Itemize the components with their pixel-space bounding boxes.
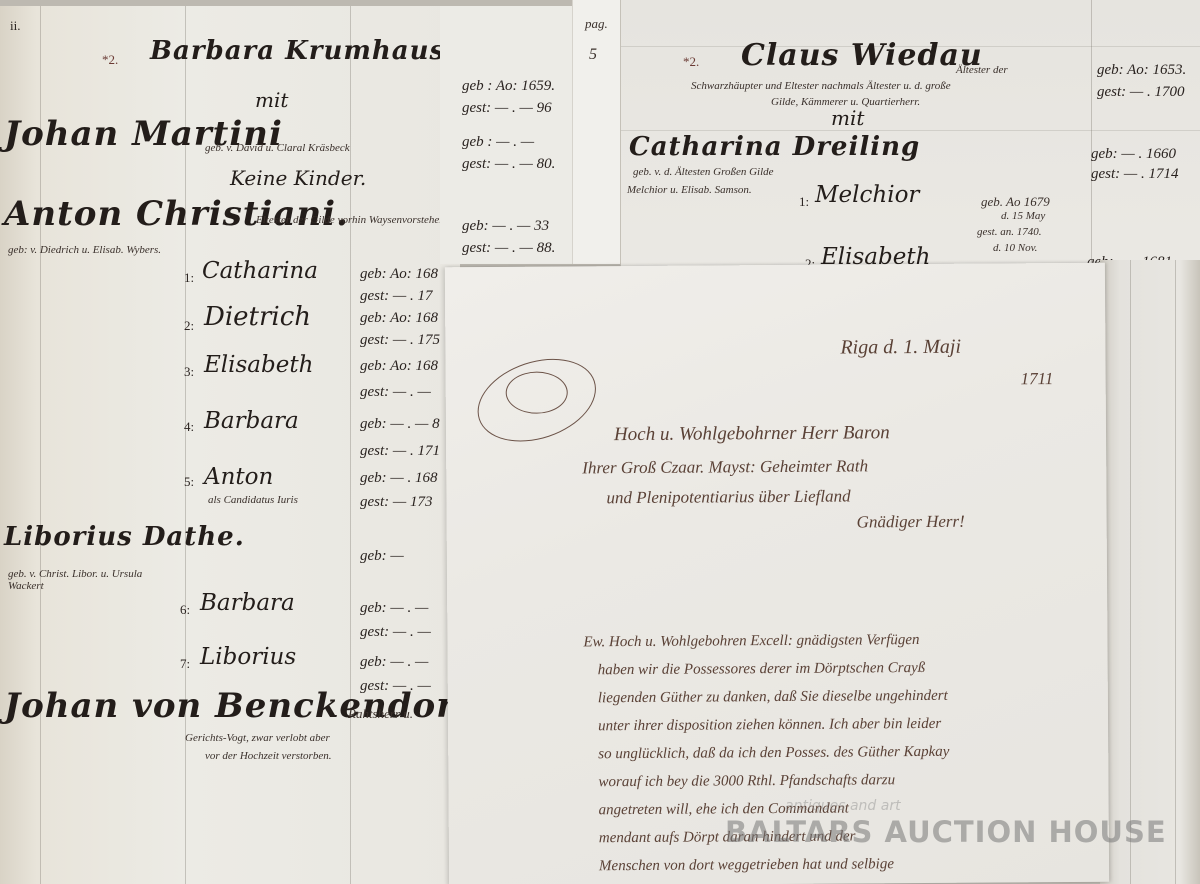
child-name: Liborius — [200, 644, 296, 670]
date-line: geb: — . 168 — [360, 470, 438, 487]
date-line: geb : — . — — [462, 134, 534, 151]
child-number: 5: — [184, 474, 194, 490]
date-line: geb: Ao: 168 — [360, 266, 438, 283]
right-register-page: *2. Claus Wiedau Ältester der Schwarzhäu… — [620, 0, 1200, 300]
row-rule — [621, 130, 1200, 131]
date-line: gest: — . 1700 — [1097, 84, 1185, 101]
date-line: geb: — . — — [360, 654, 428, 671]
date-line: gest: — . 175 — [360, 332, 440, 349]
fiance-note-line: vor der Hochzeit verstorben. — [205, 750, 331, 762]
overlaid-letter: Riga d. 1. Maji 1711 Hoch u. Wohlgebohrn… — [445, 263, 1109, 884]
mit-label: mit — [831, 106, 864, 130]
child-name: Dietrich — [204, 302, 311, 332]
date-line: d. 10 Nov. — [993, 242, 1037, 254]
child-name: Barbara — [204, 408, 299, 434]
column-rule — [1175, 260, 1176, 884]
right-page-margin — [1100, 260, 1200, 884]
occupation-note: Ältester der — [956, 64, 1008, 76]
occupation-note: Schwarzhäupter und Eltester nachmals Ält… — [691, 80, 951, 92]
fiance-name-johan-von-benckendorff: Johan von Benckendorff, — [4, 686, 498, 726]
date-line: geb: Ao: 168 — [360, 310, 438, 327]
pag-label: pag. — [585, 16, 608, 32]
date-line: geb: — . — 33 — [462, 218, 549, 235]
child-number: 1: — [799, 194, 809, 210]
child-name: Melchior — [815, 182, 919, 208]
child-name: Anton — [204, 464, 273, 490]
body-line: Menschen von dort weggetrieben hat und s… — [599, 856, 894, 875]
body-line: so unglücklich, daß da ich den Posses. d… — [598, 744, 949, 763]
date-line: gest: — . — — [360, 624, 431, 641]
date-line: geb: Ao: 1653. — [1097, 62, 1186, 79]
column-rule — [1130, 260, 1131, 884]
child-name: Elisabeth — [204, 352, 313, 378]
date-line: gest. an. 1740. — [977, 226, 1041, 238]
body-line: Ew. Hoch u. Wohlgebohren Excell: gnädigs… — [583, 632, 919, 651]
child-note: als Candidatus Iuris — [208, 494, 298, 506]
salutation-line: und Plenipotentiarius über Liefland — [606, 486, 850, 508]
page-number-strip: pag. 5 — [572, 0, 620, 264]
watermark-tagline: antiques and art — [785, 798, 901, 814]
wife-parents-note: Melchior u. Elisab. Samson. — [627, 184, 752, 196]
date-line: geb: Ao: 168 — [360, 358, 438, 375]
entry-marker: *2. — [683, 54, 699, 70]
date-line: geb : Ao: 1659. — [462, 78, 555, 95]
child-number: 6: — [180, 602, 190, 618]
left-date-column-overlay: geb : Ao: 1659. gest: — . — 96 geb : — .… — [0, 6, 575, 266]
child-number: 4: — [184, 419, 194, 435]
date-line: gest: — 173 — [360, 494, 433, 511]
fiance-note-line: Gerichts-Vogt, zwar verlobt aber — [185, 732, 330, 744]
wife-name-catharina-dreiling: Catharina Dreiling — [629, 132, 920, 162]
date-line: gest: — . — 88. — [462, 240, 555, 257]
child-number: 2: — [184, 318, 194, 334]
letter-dateline: Riga d. 1. Maji — [840, 336, 961, 360]
child-number: 1: — [184, 270, 194, 286]
date-line: geb: — . — — [360, 600, 428, 617]
husband-parents-note: geb. v. Christ. Libor. u. Ursula Wackert — [8, 568, 178, 592]
date-line: gest: — . — 80. — [462, 156, 555, 173]
date-line: d. 15 May — [1001, 210, 1045, 222]
flourish-initial — [506, 371, 568, 413]
fiance-occupation-note: Rahtsherr u. — [348, 706, 413, 722]
body-line: liegenden Güther zu danken, daß Sie dies… — [598, 688, 948, 707]
heading-claus-wiedau: Claus Wiedau — [741, 38, 983, 73]
watermark-auction-house: BALTARS AUCTION HOUSE — [725, 815, 1167, 849]
date-line: geb. Ao 1679 — [981, 194, 1050, 210]
date-line: gest: — . — 96 — [462, 100, 552, 117]
child-number: 7: — [180, 656, 190, 672]
salutation-line: Hoch u. Wohlgebohrner Herr Baron — [614, 422, 890, 446]
body-line: worauf ich bey die 3000 Rthl. Pfandschaf… — [598, 772, 895, 791]
husband-name-liborius-dathe: Liborius Dathe. — [4, 522, 245, 552]
date-line: gest: — . 1714 — [1091, 166, 1179, 183]
date-line: geb: — . 1660 — [1091, 146, 1176, 163]
child-name: Barbara — [200, 590, 295, 616]
date-line: gest: — . 171 — [360, 443, 440, 460]
body-line: unter ihrer disposition ziehen können. I… — [598, 716, 941, 735]
date-line: geb: — . — 8 — [360, 416, 440, 433]
salutation-line: Gnädiger Herr! — [857, 512, 965, 533]
wife-parents-note: geb. v. d. Ältesten Großen Gilde — [633, 166, 774, 178]
date-line: gest: — . 17 — [360, 288, 433, 305]
letter-year: 1711 — [1021, 369, 1054, 389]
child-number: 3: — [184, 364, 194, 380]
date-line: geb: — — [360, 548, 404, 565]
salutation-line: Ihrer Groß Czaar. Mayst: Geheimter Rath — [582, 456, 868, 478]
body-line: haben wir die Possessores derer im Dörpt… — [598, 660, 926, 679]
page-number: 5 — [589, 46, 597, 64]
date-line: gest: — . — — [360, 384, 431, 401]
